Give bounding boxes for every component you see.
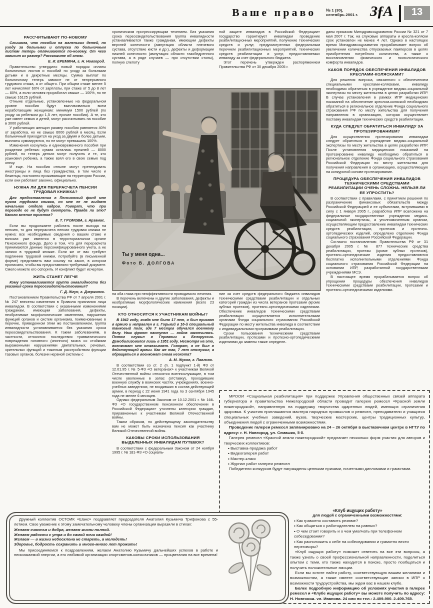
article-cont: ной защите инвалидов в Российской Федера… xyxy=(219,30,320,61)
header-divider xyxy=(399,5,401,22)
photo-caption-block: Ты у меня одна... Фото В. ДОЛГОВА xyxy=(122,252,302,266)
column-3-top: ной защите инвалидов в Российской Федера… xyxy=(219,30,320,87)
article-para: Постановлением Правительства РФ от 7 апр… xyxy=(5,296,106,357)
article-heading: РАССЧИТЫВАЮТ ПО-НОВОМУ xyxy=(6,35,105,40)
job-club-subtitle: для людей с ограниченными возможностями: xyxy=(290,513,425,518)
photo-caption: Ты у меня одна... xyxy=(122,252,302,258)
article-heading: КАКОВ ПОРЯДОК ОБЕСПЕЧЕНИЯ ИНВАЛИДОВ КРЕС… xyxy=(327,67,427,76)
article-question: Для предоставления в Пенсионный фонд мне… xyxy=(5,196,106,218)
gallery-schedule: Проведение галереи ремесел запланировано… xyxy=(224,425,425,435)
column-2-bottom: на оба глаза при неэффективности проводи… xyxy=(112,292,214,510)
column-3-bottom: ние за счет средств федерального бюджета… xyxy=(219,292,320,388)
job-club-contact: Более подробную информацию об условиях у… xyxy=(290,586,425,600)
gallery-intro: МРООИ «Социальная реабилитация» при подд… xyxy=(224,394,425,425)
article-heading: КАКОВЫ СРОКИ ИСПОЛЬЗОВАНИЯ ВЫДЕЛЕННЫХ ИН… xyxy=(113,436,213,445)
article-para: Согласно постановлению Правительства РФ … xyxy=(326,240,428,275)
gallery-forms-intro: Галерея ремесел «Красной земли нижегород… xyxy=(224,436,425,446)
article-cont: ние за счет средств федерального бюджета… xyxy=(219,292,320,331)
poem-line: Здоровье, бодрость сохранить и много-мно… xyxy=(14,542,218,547)
page-number-badge: 13 xyxy=(404,6,430,20)
article-question: Слышала, что пособия на маленьких детей,… xyxy=(5,41,106,58)
gallery-winners: Победители конкурсов будут награждены це… xyxy=(224,467,425,472)
article-heading: КТО ОТНОСИТСЯ К УЧАСТНИКАМ ВОЙНЫ? xyxy=(113,312,213,317)
article-para: В соответствии с федеральным Законом от … xyxy=(112,446,214,455)
roses-illustration xyxy=(219,517,281,597)
header-rule xyxy=(0,26,433,27)
bullet: Как расположить к себе на собеседовании … xyxy=(290,539,425,549)
article-para: Для решения вопроса, связанного с обеспе… xyxy=(326,78,428,122)
article-para: Если вы продолжаете работать после выход… xyxy=(5,224,106,272)
article-heading: ЖИТЬ СТАНЕТ ЛЕГЧЕ xyxy=(6,274,105,279)
article-para: Однако федеральным Законом от 10.12.2001… xyxy=(112,398,214,420)
article-cont: хроническим прогрессирующим течением. Бе… xyxy=(112,30,214,65)
column-1: РАССЧИТЫВАЮТ ПО-НОВОМУСлышала, что пособ… xyxy=(5,30,106,510)
article-para: В перечень включены и другие заболевания… xyxy=(112,296,214,309)
article-heading: НУЖНА ЛИ ДЛЯ ПЕРЕРАСЧЕТА ПЕНСИИ ТРУДОВАЯ… xyxy=(6,185,105,194)
article-signature: Е. Т. ГРОМОВА, г. Арзамас. xyxy=(5,218,105,223)
article-para: У работающих женщин размер пособия равня… xyxy=(5,126,106,143)
column-4: даны приказом Минздравсоцразвития России… xyxy=(326,30,428,388)
congratulation-outro: Мы присоединяемся к поздравлениям, желае… xyxy=(14,548,218,558)
article-para: Таким образом, по действующему законодат… xyxy=(112,420,214,433)
photo-wheelchair-dance: Ты у меня одна... Фото В. ДОЛГОВА xyxy=(112,88,321,291)
article-signature: А. М. Жуков, г. Павлово. xyxy=(112,357,213,362)
article-signature: Е. И. ЕРЕМИНА, г. Н. Новгород. xyxy=(5,59,105,64)
job-club-questions-list: Как грамотно составить резюме?Как общать… xyxy=(290,519,425,550)
newspaper-page: Ваше право № 1 (30), сентябрь 2001 г. Зƒ… xyxy=(0,0,433,608)
job-club-announcement: «Клуб ищущих работу» для людей с огранич… xyxy=(290,507,425,600)
newspaper-section-title: Ваше право xyxy=(232,7,316,19)
congratulation-poem: Желаем счастья и добра, желаем жизни пол… xyxy=(14,528,218,547)
article-para: Сроки пользования техническими средствам… xyxy=(219,331,320,344)
job-club-text: «Клуб ищущих работу» поможет ответить на… xyxy=(290,550,425,571)
article-para: В соответствии со ст. 2 (п. 1 подпункт 1… xyxy=(112,363,214,398)
article-para: Отныне отдельные, установленные на федер… xyxy=(5,100,106,126)
article-para: Правительство утвердило новый порядок оп… xyxy=(5,65,106,100)
article-question: Кому устанавливается группа инвалидности… xyxy=(5,280,106,289)
job-club-text: Если вы хотите найти работу, соответству… xyxy=(290,570,425,586)
crafts-gallery-announcement: МРООИ «Социальная реабилитация» при подд… xyxy=(224,394,425,506)
article-cont: даны приказом Минздравсоцразвития России… xyxy=(326,30,428,65)
congratulation-intro: Дружный коллектив ОСТОИК «Шанс» поздравл… xyxy=(14,517,218,527)
article-heading: КУДА СЛЕДУЕТ ОБРАТИТЬСЯ ИНВАЛИДУ ЗА ПРОТ… xyxy=(327,124,427,133)
article-question: В 1942 году, когда мне было 17 лет, я бы… xyxy=(112,318,214,357)
column-2-top: хроническим прогрессирующим течением. Бе… xyxy=(112,30,214,87)
article-signature: Г. Д. Жгун, г. Дзержинск. xyxy=(5,290,105,295)
photo-credit: Фото В. ДОЛГОВА xyxy=(122,261,302,266)
gallery-forms-list: Выставка-продажа работВидеогалерея работ… xyxy=(224,446,425,467)
congratulation-text: Дружный коллектив ОСТОИК «Шанс» поздравл… xyxy=(14,517,218,599)
article-heading: ПРОЦЕДУРА ОБЕСПЕЧЕНИЯ ИНВАЛИДОВ ТЕХНИЧЕС… xyxy=(327,177,427,195)
article-para: В настоящее время прорабатывается вопрос… xyxy=(326,275,428,292)
newspaper-logo: ЗƒА xyxy=(370,4,392,21)
article-para: Этот перечень утвержден распоряжением Пр… xyxy=(219,61,320,70)
congratulation-box: Дружный коллектив ОСТОИК «Шанс» поздравл… xyxy=(6,512,289,604)
article-para: Для осуществления протезирования инвалид… xyxy=(326,135,428,174)
article-para: В соответствии с правилами, с принятием … xyxy=(326,196,428,240)
article-para: И еще. На пособия отныне могут претендов… xyxy=(5,165,106,182)
article-para: Изменения коснулись и единовременного по… xyxy=(5,143,106,165)
bullet: О чем стоит говорить и о чем умолчать пр… xyxy=(290,529,425,539)
